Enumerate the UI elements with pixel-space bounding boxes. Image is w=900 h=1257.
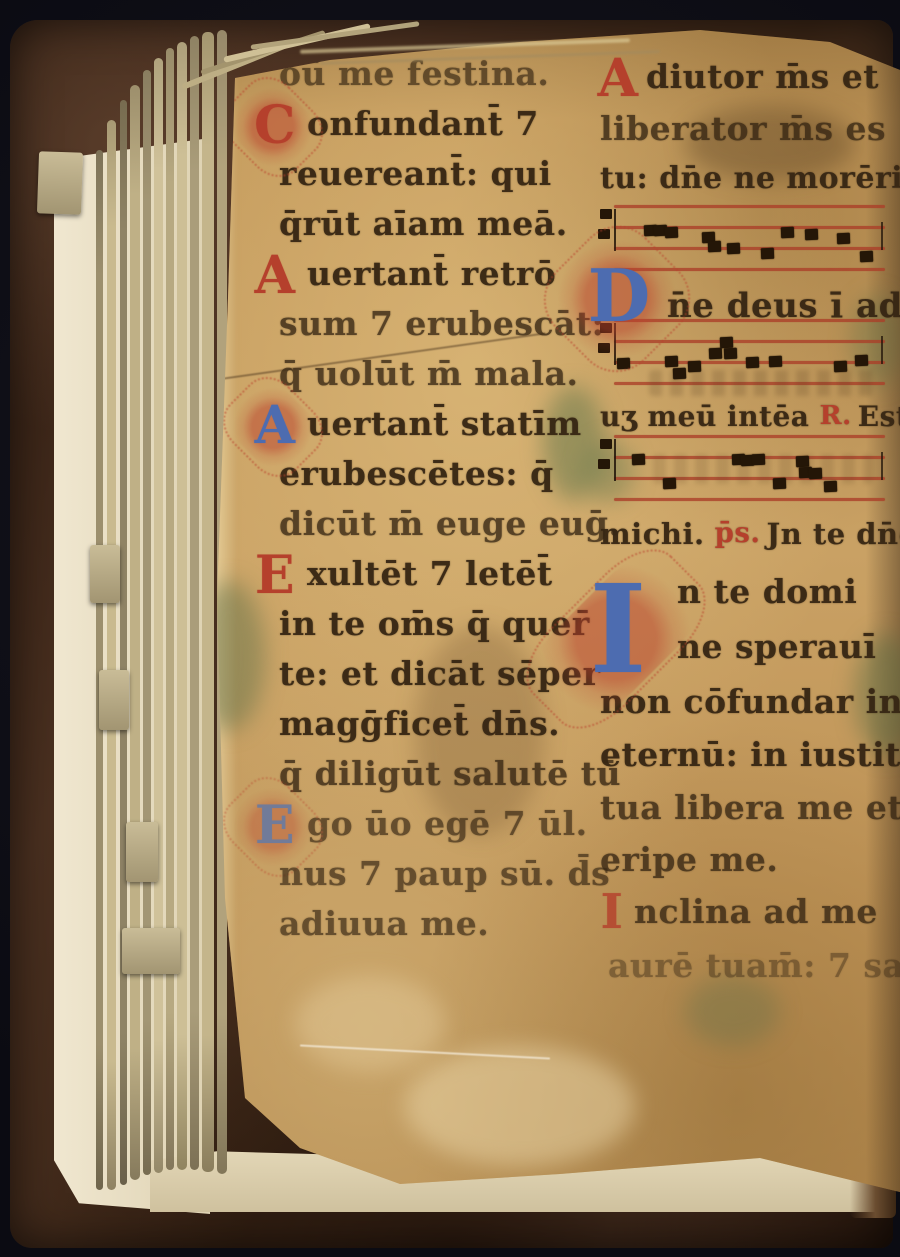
illuminated-initial: A (243, 400, 307, 452)
staff-end-bar (881, 452, 883, 480)
neume (837, 233, 850, 244)
staff-line (614, 435, 885, 438)
pale-patch (295, 976, 445, 1071)
neume (664, 356, 677, 367)
text-line: dicūt m̄ euge euḡ. (243, 500, 620, 540)
line-text: eternū: in iustitia (590, 731, 900, 771)
illuminated-initial: A (590, 53, 646, 105)
neume (809, 468, 822, 479)
neume (688, 361, 701, 372)
text-line: tua libera me et (590, 784, 900, 824)
neume (664, 227, 677, 238)
page-edge-strip (107, 120, 116, 1190)
staff-line (614, 205, 885, 208)
line-text: magḡficet̄ dn̄s. (243, 700, 560, 740)
line-text: tu: dn̄e ne morēris. (590, 157, 900, 194)
manuscript-photo: oū me festina. Confundant̄ 7 reuereant̄:… (0, 0, 900, 1257)
neume (673, 368, 686, 379)
neume (824, 481, 837, 492)
illuminated-initial: E (243, 550, 307, 602)
neume (761, 248, 774, 259)
neume (752, 454, 765, 465)
text-line: eripe me. (590, 836, 778, 876)
neume (860, 251, 873, 262)
page-edge-strip (177, 42, 187, 1170)
neume (719, 337, 732, 348)
rubric-mark: p̄s. (705, 513, 767, 548)
text-line: q̄ diligūt salutē tū (243, 750, 621, 790)
index-tab (126, 822, 158, 882)
text-line: magḡficet̄ dn̄s. (243, 700, 560, 740)
line-text: nclina ad me (634, 888, 878, 928)
page-edge-strip (190, 36, 199, 1170)
text-line: michi.p̄s.Jn te dn̄e. (590, 513, 900, 549)
index-tab (90, 545, 120, 603)
text-line: tu: dn̄e ne morēris. (590, 157, 900, 194)
pale-patch (405, 1046, 635, 1166)
line-text: diutor m̄s et (646, 53, 879, 93)
line-text: in te om̄s q̄ quer̄ (243, 600, 590, 640)
neume (804, 229, 817, 240)
neume (795, 456, 808, 467)
neume (724, 348, 737, 359)
neume (709, 348, 722, 359)
line-text: ne sperauī (677, 623, 876, 663)
line-text: n te domi (677, 568, 857, 608)
neume (727, 243, 740, 254)
line-text: michi. (590, 513, 705, 549)
line-text: nus 7 paup sū. d̄s (243, 850, 610, 890)
text-line: q̄ uolūt m̄ mala. (243, 350, 578, 390)
line-text: dicūt m̄ euge euḡ. (243, 500, 620, 540)
stain (685, 976, 780, 1046)
illuminated-initial: D (571, 248, 667, 348)
text-line: Auertant̄ retrō (243, 250, 556, 302)
neume (663, 478, 676, 489)
clef-icon (600, 439, 616, 481)
staff-line (614, 498, 885, 501)
illuminated-initial: E (243, 800, 307, 852)
line-text: adiuua me. (243, 900, 489, 940)
music-staff (593, 424, 891, 516)
line-text: onfundant̄ 7 (307, 100, 539, 140)
page-edge-strip (120, 100, 127, 1185)
neume (708, 241, 721, 252)
page-edge-strip (143, 70, 151, 1175)
text-line: ne sperauī (677, 623, 876, 663)
line-text: q̄ diligūt salutē tū (243, 750, 621, 790)
neume (632, 454, 645, 465)
text-line: Exultēt 7 letēt̄ (243, 550, 553, 602)
neume (769, 356, 782, 367)
neume (834, 361, 847, 372)
text-line: eternū: in iustitia (590, 731, 900, 771)
text-line: q̄rūt aīam meā. (243, 200, 568, 240)
page-edge-strip (154, 58, 163, 1173)
line-text: uertant̄ statīm (307, 400, 582, 440)
illuminated-initial: C (243, 100, 307, 152)
line-text: q̄rūt aīam meā. (243, 200, 568, 240)
text-line: Inclina ad me (590, 888, 878, 936)
illuminated-initial: I (579, 554, 657, 722)
text-line: adiuua me. (243, 900, 489, 940)
text-line: in te om̄s q̄ quer̄ (243, 600, 590, 640)
index-tab (99, 670, 129, 730)
staff-end-bar (881, 336, 883, 364)
illuminated-initial: A (243, 250, 307, 302)
text-line: aurē tuam̄: 7 salua (590, 942, 900, 982)
line-text: eripe me. (590, 836, 778, 876)
page-edge-strip (166, 48, 174, 1170)
line-text: Jn te dn̄e. (766, 513, 900, 549)
line-text: tua libera me et (590, 784, 900, 824)
text-line: nus 7 paup sū. d̄s (243, 850, 610, 890)
line-text: q̄ uolūt m̄ mala. (243, 350, 578, 390)
neume (855, 355, 868, 366)
staff-end-bar (881, 222, 883, 250)
page-edge-strip (130, 85, 140, 1180)
text-line: n te domi (677, 568, 857, 608)
text-line: Auertant̄ statīm (243, 400, 582, 452)
line-text: uertant̄ retrō (307, 250, 556, 290)
text-line: Confundant̄ 7 (243, 100, 539, 152)
neume (773, 478, 786, 489)
neume (781, 227, 794, 238)
index-tab (122, 928, 180, 974)
page-edge-strip (202, 32, 214, 1172)
index-tab (37, 151, 83, 214)
neume (746, 357, 759, 368)
manuscript-page: oū me festina. Confundant̄ 7 reuereant̄:… (215, 26, 900, 1192)
line-text: liberator m̄s es (590, 105, 886, 145)
line-text: xultēt 7 letēt̄ (307, 550, 553, 590)
text-line: Ego ūo egē 7 ūl. (243, 800, 588, 852)
line-text: go ūo egē 7 ūl. (307, 800, 588, 840)
text-line: Adiutor m̄s et (590, 53, 879, 105)
text-line: liberator m̄s es (590, 105, 886, 145)
illuminated-initial: I (590, 888, 634, 936)
line-text: aurē tuam̄: 7 salua (590, 942, 900, 982)
